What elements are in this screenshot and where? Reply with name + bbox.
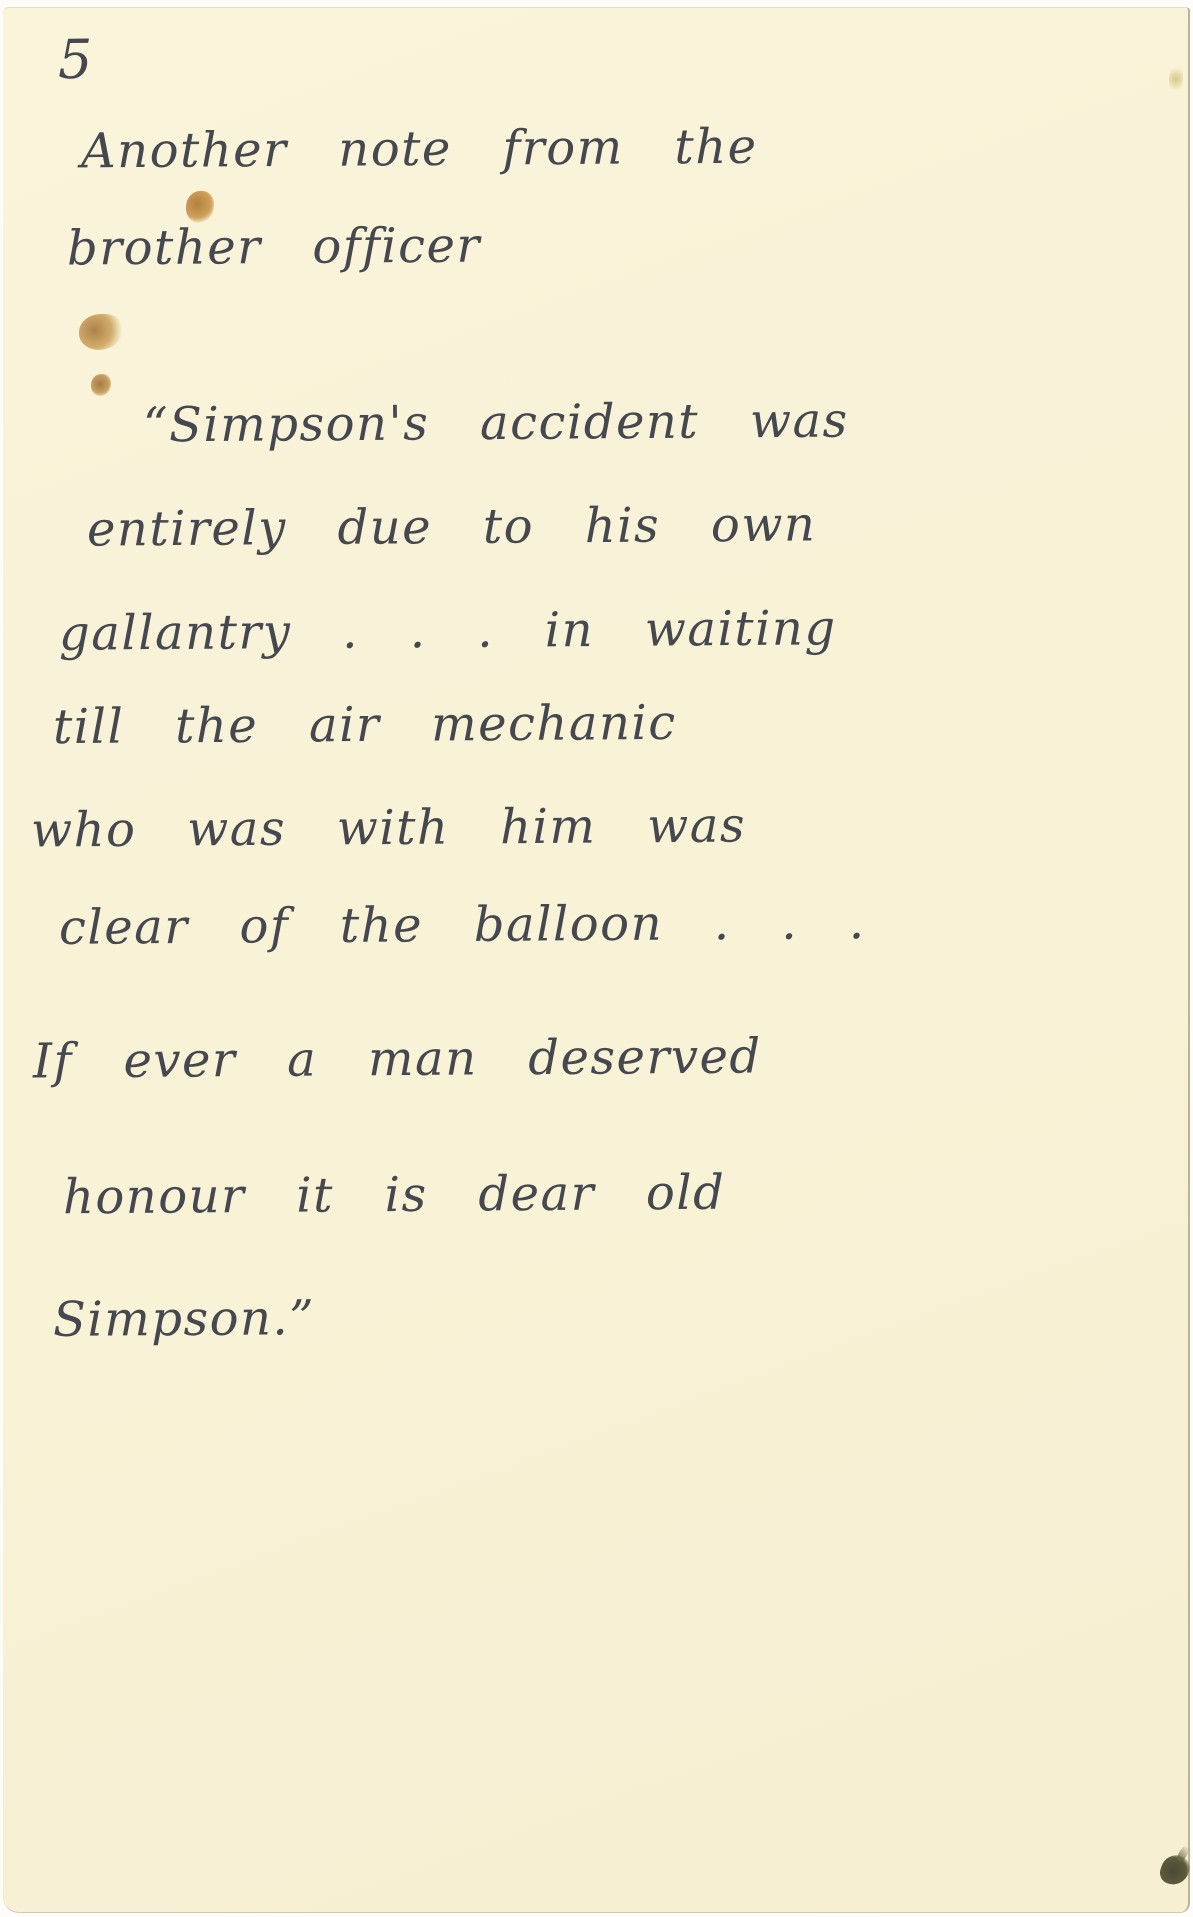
- page-number: 5: [58, 32, 93, 89]
- foxing-stain: [91, 374, 111, 396]
- foxing-stain: [186, 191, 214, 223]
- ink-blot: [1157, 1851, 1193, 1888]
- foxing-stain: [79, 314, 123, 350]
- quote-line-7: If ever a man deserved: [33, 1031, 762, 1086]
- ink-blot-tail: [1176, 1845, 1191, 1863]
- scan-background: 5 Another note from the brother officer …: [0, 0, 1193, 1917]
- manuscript-card: 5 Another note from the brother officer …: [3, 7, 1190, 1913]
- quote-line-8: honour it is dear old: [63, 1168, 726, 1223]
- quote-line-2: entirely due to his own: [87, 499, 817, 554]
- quote-line-1: “Simpson's accident was: [143, 396, 849, 451]
- paper-discoloration-spot: [1169, 66, 1183, 92]
- quote-line-4: till the air mechanic: [53, 698, 677, 753]
- heading-line-2: brother officer: [67, 221, 481, 274]
- quote-line-9: Simpson.”: [53, 1293, 316, 1345]
- quote-line-5: who was with him was: [31, 801, 746, 856]
- quote-line-6: clear of the balloon . . .: [59, 897, 866, 953]
- quote-line-3: gallantry . . . in waiting: [59, 603, 837, 659]
- heading-line-1: Another note from the: [81, 122, 758, 177]
